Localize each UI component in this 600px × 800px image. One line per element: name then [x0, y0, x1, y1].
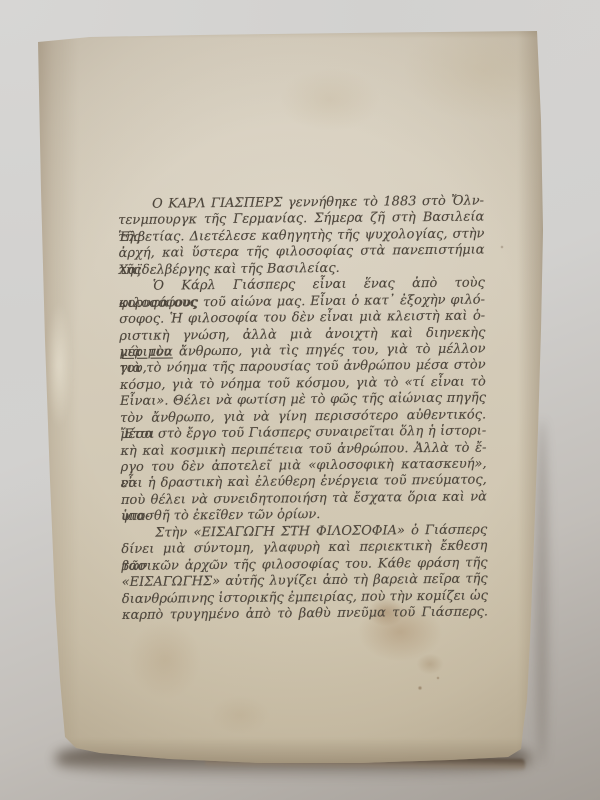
book-back-cover: Ο ΚΑΡΛ ΓΙΑΣΠΕΡΣ γεννήθηκε τὸ 1883 στὸ Ὄλ… — [0, 0, 600, 800]
text-line: ἀρχή, καὶ ὕστερα τῆς φιλοσοφίας στὰ πανε… — [118, 243, 484, 263]
text-segment: ριστικὴ γνώση, ἀλλὰ μιὰ ἀνοιχτὴ καὶ διην… — [119, 325, 485, 344]
text-line: καρπὸ τρυγημένο ἀπὸ τὸ βαθὺ πνεῦμα τοῦ Γ… — [122, 604, 488, 624]
blurb-text: Ο ΚΑΡΛ ΓΙΑΣΠΕΡΣ γεννήθηκε τὸ 1883 στὸ Ὄλ… — [118, 193, 488, 624]
photograph: Ο ΚΑΡΛ ΓΙΑΣΠΕΡΣ γεννήθηκε τὸ 1883 στὸ Ὄλ… — [0, 0, 600, 800]
right-edge-drop-shadow — [536, 420, 548, 765]
